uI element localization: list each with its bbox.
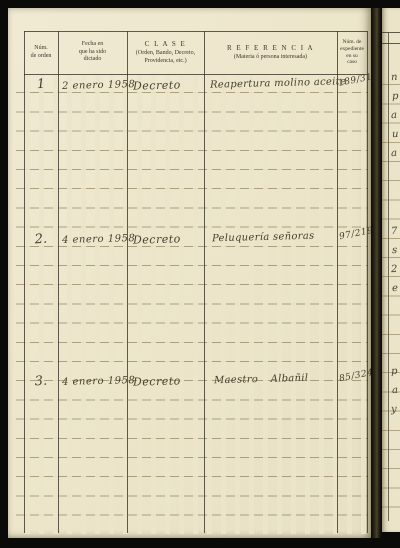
- header-text: de orden: [31, 53, 52, 61]
- header-clase: C L A S E (Orden, Bando, Decreto, Provid…: [127, 31, 204, 74]
- scan-border-bottom: [0, 538, 382, 548]
- handwriting-fragment: a: [392, 385, 398, 396]
- scan-border-bottom-right: [382, 532, 400, 548]
- handwriting-fragment: n: [391, 72, 398, 83]
- column-divider-clase: [204, 31, 205, 533]
- header-text: que ha sido: [79, 49, 106, 57]
- entry-number: 3.: [24, 373, 59, 390]
- entry-reference: Reapertura molino aceite: [210, 76, 346, 91]
- header-text: caso: [347, 59, 357, 66]
- column-divider-fecha: [127, 31, 128, 533]
- handwriting-fragment: u: [392, 129, 399, 140]
- handwriting-fragment: y: [391, 404, 397, 415]
- handwriting-fragment: 2: [391, 264, 398, 275]
- book-gutter-shadow: [371, 5, 382, 548]
- table-border-right: [367, 31, 368, 533]
- scan-border-top: [0, 0, 400, 8]
- ruled-lines: [16, 74, 368, 534]
- entry-date: 4 enero 1958: [62, 375, 136, 388]
- header-text: Núm. de: [343, 39, 362, 46]
- header-text: expediente: [340, 46, 364, 53]
- handwriting-fragment: p: [391, 366, 398, 377]
- entry-expediente: 97/219: [338, 226, 374, 242]
- entry-class: Decreto: [133, 232, 181, 246]
- ledger-right-page-edge: n p a u a 7 s 2 e p a y: [382, 8, 400, 532]
- handwriting-fragment: s: [392, 245, 398, 256]
- header-bottom-rule: [24, 74, 368, 75]
- header-fecha: Fecha en que ha sido dictado: [58, 31, 127, 74]
- header-referencia-subtitle: (Materia ó persona interesada): [231, 53, 310, 62]
- entry-expediente: 85/324: [338, 368, 374, 384]
- entry-date: 2 enero 1958: [62, 79, 136, 92]
- header-clase-subtitle: (Orden, Bando, Decreto, Providencia, etc…: [127, 49, 204, 66]
- handwriting-fragment: a: [391, 110, 397, 121]
- header-text: en su: [346, 53, 357, 60]
- entry-number: 2.: [24, 231, 59, 248]
- header-referencia-title: R E F E R E N C I A: [227, 44, 314, 53]
- header-expediente: Núm. de expediente en su caso: [337, 31, 367, 74]
- handwriting-fragment: p: [392, 91, 399, 102]
- column-divider-referencia: [337, 31, 338, 533]
- header-clase-title: C L A S E: [145, 40, 187, 49]
- entry-class: Decreto: [133, 374, 181, 388]
- entry-number: 1: [24, 76, 59, 93]
- entry-reference: Peluquería señoras: [212, 231, 315, 245]
- scan-border-left: [0, 0, 8, 548]
- header-referencia: R E F E R E N C I A (Materia ó persona i…: [204, 31, 337, 74]
- entry-date: 4 enero 1958: [62, 233, 136, 246]
- entry-reference: Maestro Albañil: [214, 373, 309, 386]
- entry-class: Decreto: [133, 78, 181, 92]
- header-num-de-orden: Núm. de orden: [24, 31, 58, 74]
- header-text: Fecha en: [82, 41, 104, 49]
- ledger-left-page: Núm. de orden Fecha en que ha sido dicta…: [8, 8, 371, 538]
- scanned-ledger-photo: Núm. de orden Fecha en que ha sido dicta…: [0, 0, 400, 548]
- handwriting-fragment: 7: [391, 226, 398, 237]
- right-page-header-rule: [382, 43, 400, 44]
- handwriting-fragment: e: [392, 283, 398, 294]
- header-text: dictado: [84, 56, 102, 64]
- header-text: Núm.: [34, 45, 48, 53]
- table-border-left: [24, 31, 25, 533]
- handwriting-fragment: a: [391, 148, 397, 159]
- right-page-top-rule: [382, 32, 400, 33]
- column-divider-num: [58, 31, 59, 533]
